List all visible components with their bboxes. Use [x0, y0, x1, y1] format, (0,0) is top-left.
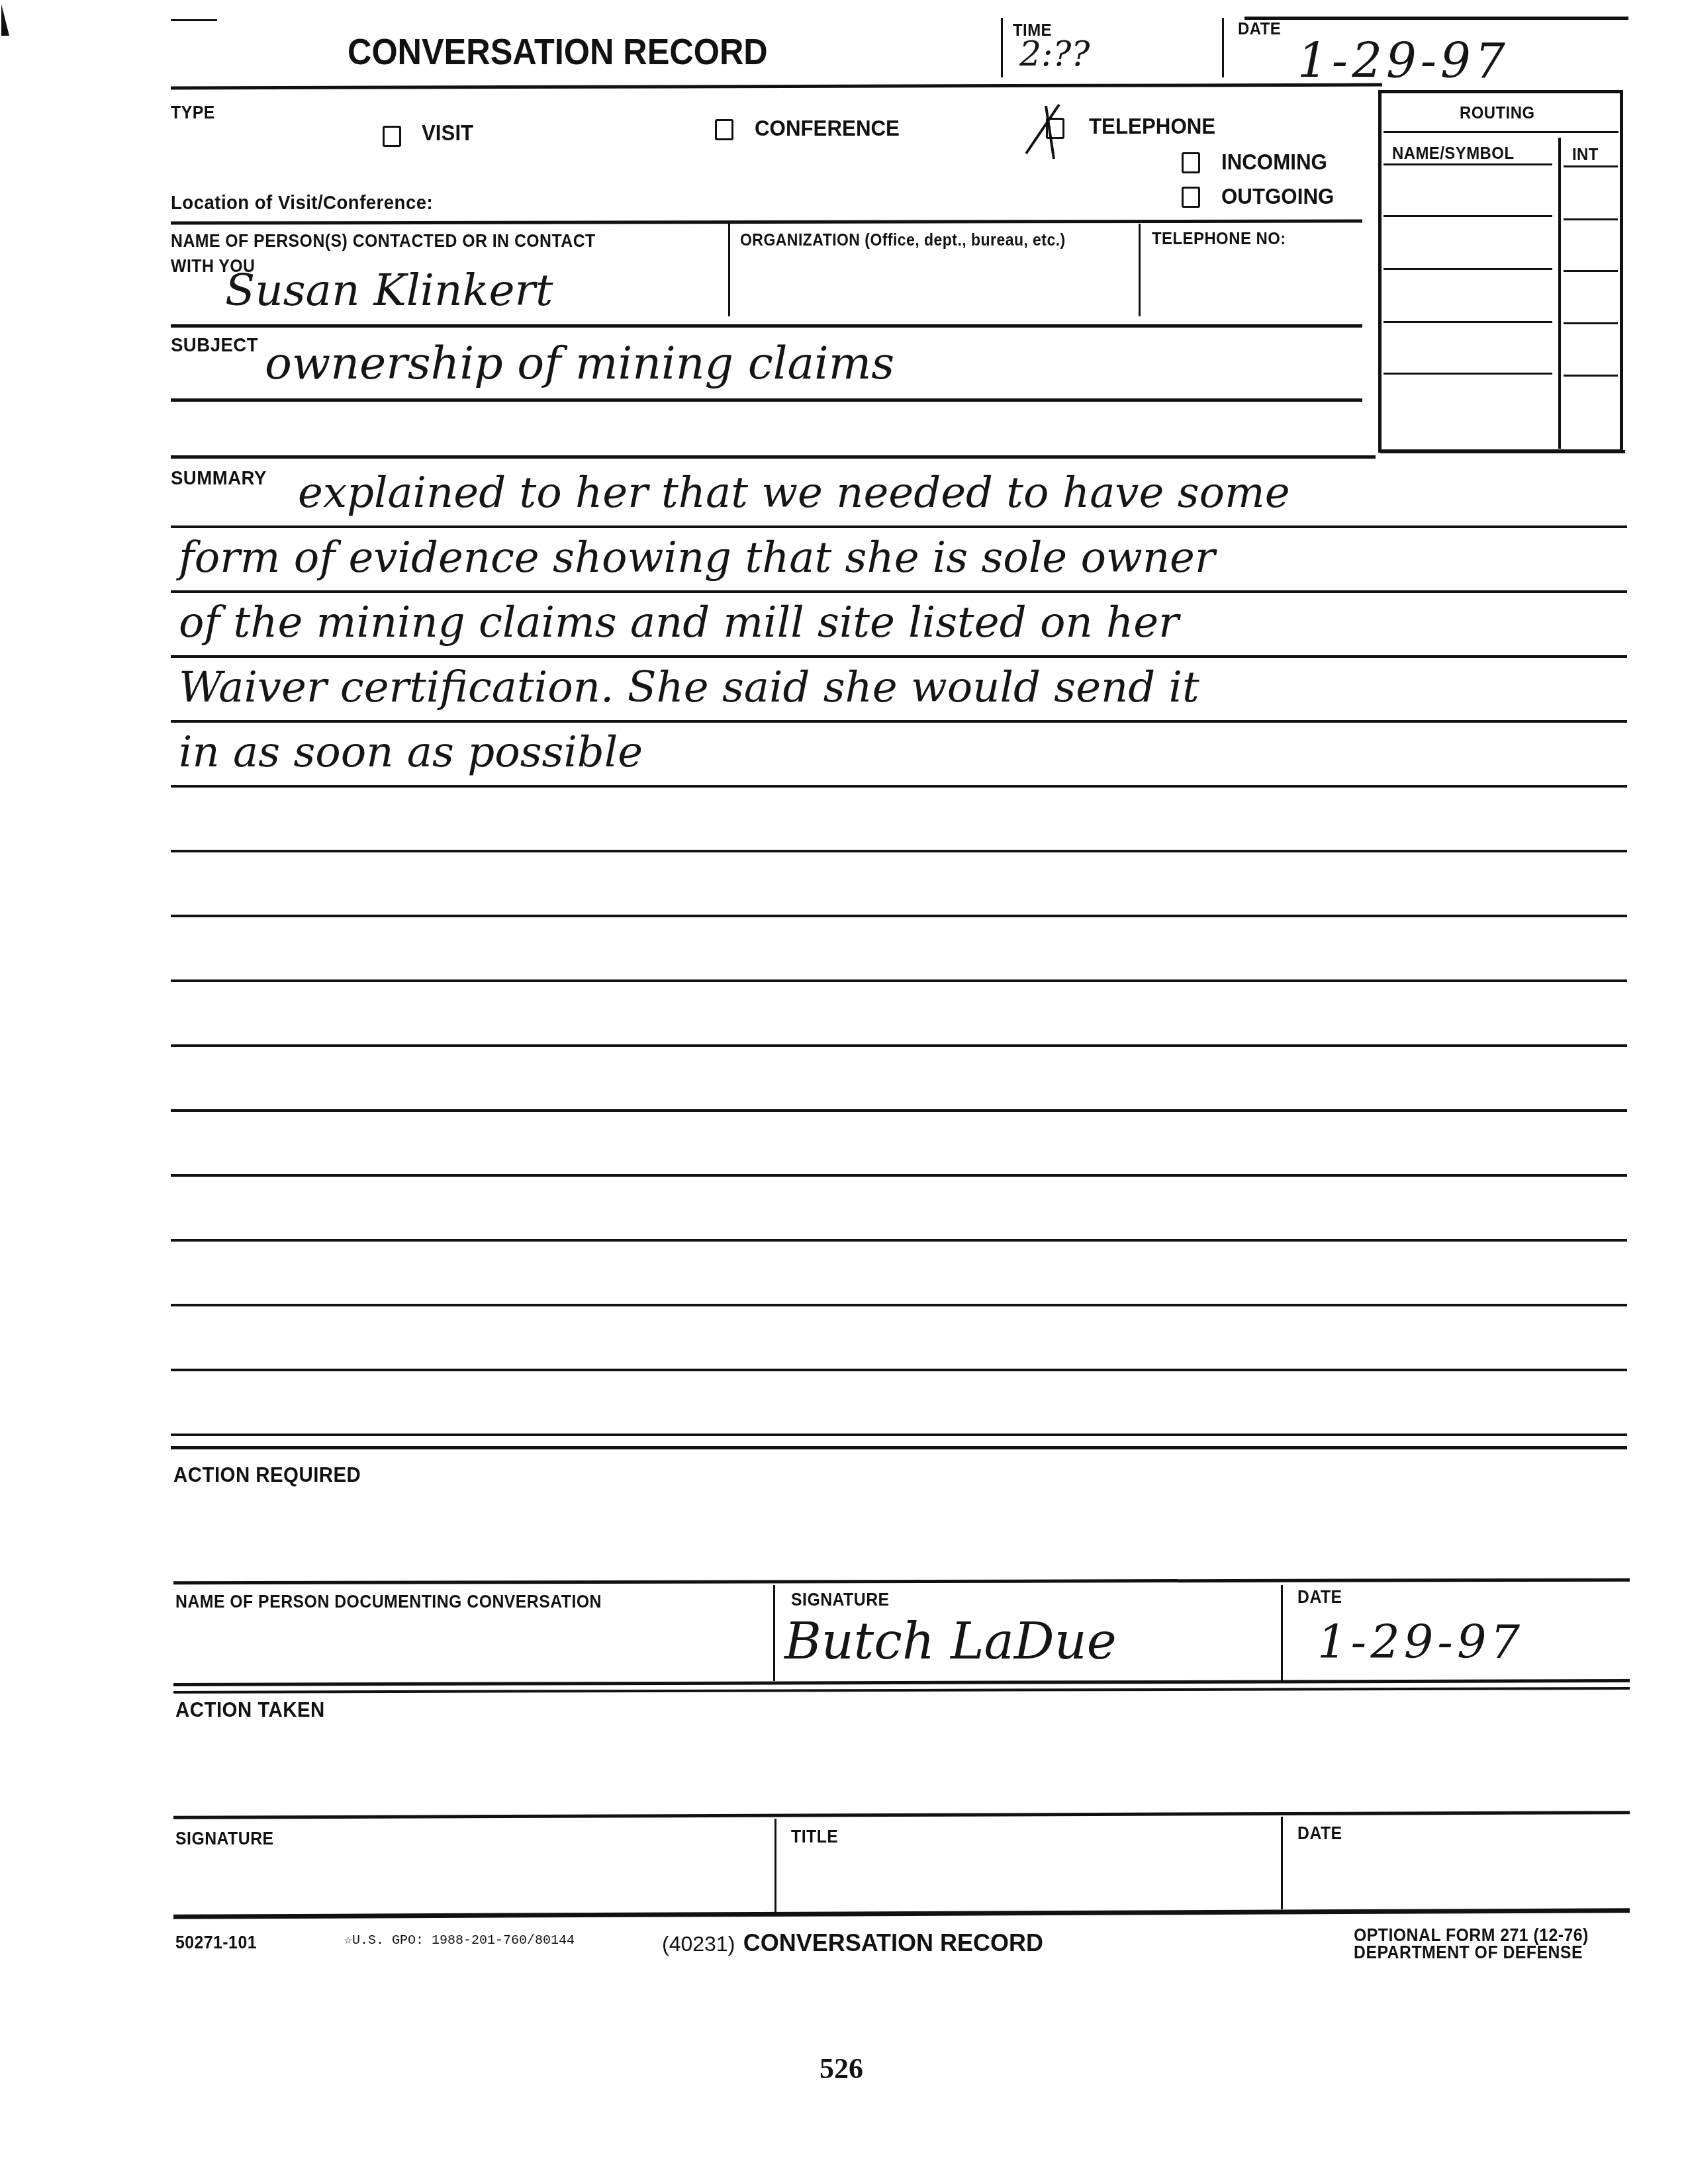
action-required-field[interactable]: [173, 1496, 1617, 1569]
summary-line[interactable]: Waiver certification. She said she would…: [179, 663, 1199, 712]
summary-line-rule: [171, 785, 1627, 788]
contact-top-rule: [171, 219, 1362, 224]
routing-row-rule: [1383, 163, 1552, 165]
location-field[interactable]: [490, 192, 1152, 216]
summary-line-rule: [171, 1109, 1627, 1112]
conference-label: CONFERENCE: [755, 116, 900, 142]
title-field[interactable]: [791, 1853, 1268, 1906]
summary-line-rule: [171, 590, 1627, 593]
header-bottom-rule: [171, 83, 1382, 90]
routing-row-4[interactable]: [1387, 324, 1552, 371]
outgoing-label: OUTGOING: [1221, 184, 1334, 210]
final-signature-field[interactable]: [175, 1853, 765, 1906]
page-number: 526: [820, 2052, 863, 2085]
summary-line-rule: [171, 1369, 1627, 1371]
telephone-no-field[interactable]: [1152, 258, 1364, 311]
routing-row-rule: [1564, 375, 1618, 377]
routing-title-rule: [1383, 131, 1618, 133]
signature-value[interactable]: Butch LaDue: [784, 1612, 1117, 1670]
telephone-label: TELEPHONE: [1089, 114, 1215, 140]
subject-bottom-rule: [171, 398, 1362, 402]
routing-row-5[interactable]: [1387, 377, 1552, 447]
final-date-label: DATE: [1297, 1823, 1342, 1844]
routing-row-rule: [1564, 322, 1618, 324]
routing-col-divider: [1558, 138, 1561, 449]
visit-label: VISIT: [422, 120, 473, 146]
doc-date-label: DATE: [1297, 1587, 1342, 1608]
summary-label: SUMMARY: [171, 467, 267, 490]
summary-line-rule: [171, 915, 1627, 917]
organization-label-text: ORGANIZATION (Office, dept., bureau, etc…: [740, 228, 1081, 252]
footer-form-name: CONVERSATION RECORD: [743, 1929, 1043, 1956]
date-value[interactable]: 1-29-97: [1297, 33, 1509, 89]
visit-checkbox[interactable]: [383, 126, 401, 147]
outgoing-checkbox[interactable]: [1182, 187, 1200, 208]
date-label: DATE: [1238, 19, 1281, 39]
routing-row-rule: [1383, 321, 1552, 323]
date-divider: [1222, 18, 1224, 77]
final-signature-label: SIGNATURE: [175, 1829, 274, 1849]
summary-line-rule: [171, 979, 1627, 982]
action-taken-label: ACTION TAKEN: [175, 1698, 325, 1722]
title-divider: [774, 1819, 776, 1915]
organization-field[interactable]: [740, 278, 1111, 311]
summary-line-rule: [171, 1174, 1627, 1177]
summary-line[interactable]: in as soon as possible: [179, 728, 643, 777]
summary-line-rule: [171, 655, 1627, 658]
summary-line[interactable]: of the mining claims and mill site liste…: [179, 598, 1179, 647]
routing-title: ROUTING: [1460, 103, 1535, 123]
telephone-divider: [1139, 224, 1141, 316]
organization-divider: [728, 224, 730, 316]
doc-date-value[interactable]: 1-29-97: [1317, 1615, 1524, 1669]
action-taken-field[interactable]: [175, 1727, 1618, 1807]
footer-department: DEPARTMENT OF DEFENSE: [1354, 1943, 1583, 1962]
scan-mark: [1, 4, 9, 36]
routing-row-2[interactable]: [1387, 218, 1552, 265]
title-label: TITLE: [791, 1827, 838, 1847]
footer-form-number: 50271-101: [175, 1933, 257, 1953]
routing-row-rule: [1564, 218, 1618, 220]
summary-top-rule: [171, 455, 1376, 459]
routing-row-rule: [1383, 268, 1552, 270]
final-row-top-rule: [173, 1811, 1630, 1819]
documenter-label: NAME OF PERSON DOCUMENTING CONVERSATION: [175, 1592, 602, 1612]
telephone-no-label: TELEPHONE NO:: [1152, 228, 1286, 249]
location-label: Location of Visit/Conference:: [171, 192, 433, 214]
documenter-bottom-rule: [173, 1679, 1630, 1686]
contact-value[interactable]: Susan Klinkert: [225, 265, 553, 316]
incoming-checkbox[interactable]: [1182, 152, 1200, 173]
routing-col-name: NAME/SYMBOL: [1392, 143, 1514, 163]
action-taken-top-rule: [173, 1687, 1630, 1694]
subject-value[interactable]: ownership of mining claims: [265, 338, 894, 390]
action-required-top-rule: [171, 1446, 1627, 1449]
header-top-rule-right: [1244, 17, 1628, 20]
footer-gpo: ☆U.S. GPO: 1988-201-760/80144: [344, 1931, 575, 1948]
signature-label: SIGNATURE: [791, 1590, 890, 1610]
subject-label: SUBJECT: [171, 334, 258, 357]
routing-row-rule: [1383, 215, 1552, 217]
subject-top-rule: [171, 324, 1362, 328]
action-required-label: ACTION REQUIRED: [173, 1463, 361, 1487]
header-top-rule-left: [171, 19, 217, 21]
summary-top-rule-right: [1380, 450, 1625, 453]
footer-optional-form: OPTIONAL FORM 271 (12-76): [1354, 1926, 1589, 1944]
footer-center: (40231) CONVERSATION RECORD: [662, 1929, 1043, 1957]
summary-line-rule: [171, 1304, 1627, 1306]
final-date-field[interactable]: [1297, 1850, 1615, 1903]
doc-date-divider: [1281, 1585, 1283, 1681]
routing-row-rule: [1564, 165, 1618, 167]
documenter-field[interactable]: [175, 1621, 758, 1674]
organization-label: ORGANIZATION (Office, dept., bureau, etc…: [740, 228, 1081, 252]
form-title: CONVERSATION RECORD: [348, 30, 768, 73]
routing-row-3[interactable]: [1387, 271, 1552, 318]
summary-line-rule: [171, 1044, 1627, 1047]
summary-line[interactable]: explained to her that we needed to have …: [298, 469, 1290, 518]
routing-row-rule: [1564, 270, 1618, 272]
final-date-divider: [1281, 1817, 1283, 1909]
signature-divider: [773, 1585, 775, 1681]
documenter-top-rule: [173, 1578, 1630, 1585]
final-row-bottom-rule: [173, 1908, 1630, 1919]
type-label: TYPE: [171, 103, 215, 123]
routing-row-rule: [1383, 373, 1552, 375]
routing-row-1[interactable]: [1387, 167, 1552, 213]
conference-checkbox[interactable]: [715, 119, 733, 140]
summary-line-rule: [171, 1433, 1627, 1436]
summary-line-rule: [171, 1239, 1627, 1242]
telephone-check-mark-icon: [1019, 99, 1072, 172]
summary-line[interactable]: form of evidence showing that she is sol…: [179, 533, 1215, 582]
footer-stock-code: (40231): [662, 1932, 735, 1956]
time-value[interactable]: 2:??: [1019, 34, 1090, 74]
time-divider: [1001, 18, 1003, 77]
routing-col-int: INT: [1572, 144, 1599, 165]
summary-line-rule: [171, 720, 1627, 723]
incoming-label: INCOMING: [1221, 150, 1327, 175]
summary-line-rule: [171, 525, 1627, 528]
summary-line-rule: [171, 850, 1627, 852]
